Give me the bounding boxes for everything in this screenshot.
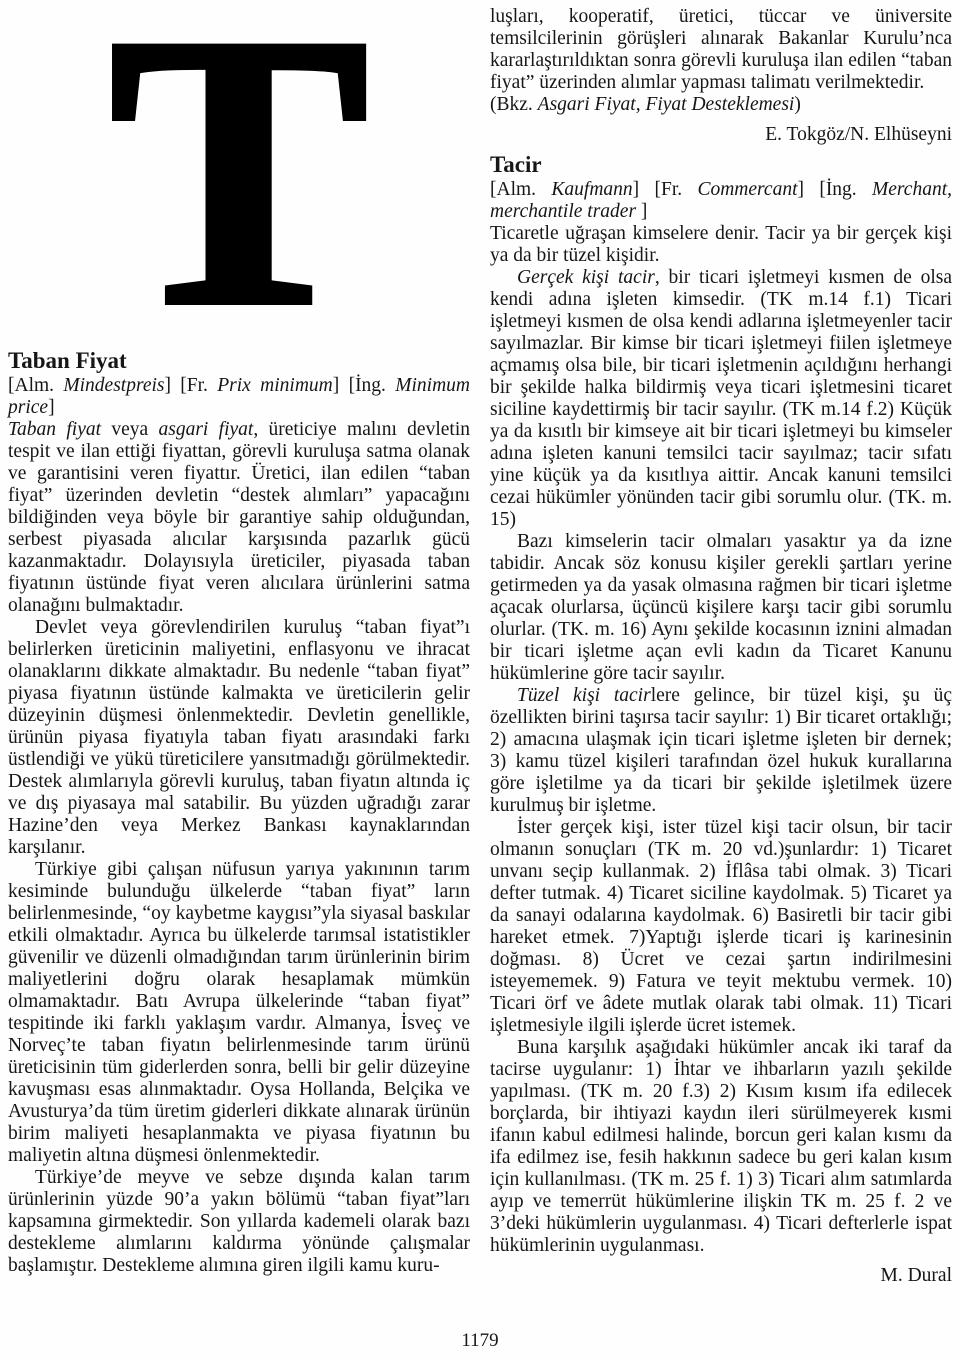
- text-run: luşları, kooperatif, üretici, tüccar ve …: [490, 6, 952, 93]
- paragraph: Gerçek kişi tacir, bir ticari işletmeyi …: [490, 267, 952, 531]
- text-run: Devlet veya görevlendirilen kuruluş “tab…: [8, 617, 470, 858]
- text-run: Türkiye’de meyve ve sebze dışında kalan …: [8, 1167, 470, 1276]
- italic-text-run: Commercant: [697, 179, 797, 200]
- paragraph: Devlet veya görevlendirilen kuruluş “tab…: [8, 617, 470, 859]
- italic-text-run: Mindestpreis: [63, 375, 164, 396]
- paragraph: [Alm. Mindestpreis] [Fr. Prix minimum] […: [8, 375, 470, 419]
- page-number: 1179: [0, 1330, 960, 1352]
- italic-text-run: Taban fiyat: [8, 419, 101, 440]
- text-run: [Alm.: [8, 375, 63, 396]
- italic-text-run: Asgari Fiyat, Fiyat Desteklemesi: [538, 94, 795, 115]
- text-run: , üreticiye malını devletin tespit ve il…: [8, 419, 470, 616]
- text-run: Ticaretle uğraşan kimselere denir. Tacir…: [490, 223, 952, 266]
- paragraph: Ticaretle uğraşan kimselere denir. Tacir…: [490, 223, 952, 267]
- section-drop-cap-letter: T: [8, 6, 470, 344]
- italic-text-run: asgari fiyat: [158, 419, 253, 440]
- text-run: Türkiye gibi çalışan nüfusun yarıya yakı…: [8, 859, 470, 1166]
- text-run: , bir ticari işletmeyi kısmen de olsa ke…: [490, 267, 952, 530]
- text-run: veya: [101, 419, 158, 440]
- text-run: İster gerçek kişi, ister tüzel kişi taci…: [490, 817, 952, 1036]
- entry-title: Tacir: [490, 152, 952, 178]
- text-run: [Alm.: [490, 179, 551, 200]
- cross-reference: (Bkz. Asgari Fiyat, Fiyat Desteklemesi): [490, 94, 952, 116]
- paragraph: Bazı kimselerin tacir olmaları yasaktır …: [490, 531, 952, 685]
- paragraph: Türkiye gibi çalışan nüfusun yarıya yakı…: [8, 859, 470, 1167]
- italic-text-run: Kaufmann: [551, 179, 632, 200]
- paragraph: Türkiye’de meyve ve sebze dışında kalan …: [8, 1167, 470, 1277]
- text-run: ]: [48, 397, 55, 418]
- author-signature: E. Tokgöz/N. Elhüseyni: [490, 124, 952, 146]
- text-run: ] [İng.: [797, 179, 872, 200]
- paragraph: luşları, kooperatif, üretici, tüccar ve …: [490, 6, 952, 94]
- text-run: Buna karşılık aşağıdaki hükümler ancak i…: [490, 1037, 952, 1256]
- text-run: (Bkz.: [490, 94, 538, 115]
- left-column: TTaban Fiyat[Alm. Mindestpreis] [Fr. Pri…: [8, 6, 470, 1293]
- encyclopedia-page: TTaban Fiyat[Alm. Mindestpreis] [Fr. Pri…: [0, 0, 960, 1360]
- paragraph: İster gerçek kişi, ister tüzel kişi taci…: [490, 817, 952, 1037]
- paragraph: Tüzel kişi tacirlere gelince, bir tüzel …: [490, 685, 952, 817]
- text-run: ] [Fr.: [164, 375, 217, 396]
- text-run: ]: [636, 201, 647, 222]
- text-run: ): [794, 94, 801, 115]
- paragraph: Buna karşılık aşağıdaki hükümler ancak i…: [490, 1037, 952, 1257]
- author-signature: M. Dural: [490, 1265, 952, 1287]
- text-run: ] [İng.: [333, 375, 396, 396]
- text-run: ] [Fr.: [633, 179, 698, 200]
- paragraph: Taban fiyat veya asgari fiyat, üreticiye…: [8, 419, 470, 617]
- two-column-layout: TTaban Fiyat[Alm. Mindestpreis] [Fr. Pri…: [8, 6, 952, 1293]
- italic-text-run: Gerçek kişi tacir: [517, 267, 655, 288]
- right-column: luşları, kooperatif, üretici, tüccar ve …: [490, 6, 952, 1293]
- text-run: Bazı kimselerin tacir olmaları yasaktır …: [490, 531, 952, 684]
- paragraph: [Alm. Kaufmann] [Fr. Commercant] [İng. M…: [490, 179, 952, 223]
- italic-text-run: Tüzel kişi tacir: [517, 685, 651, 706]
- italic-text-run: Prix minimum: [217, 375, 332, 396]
